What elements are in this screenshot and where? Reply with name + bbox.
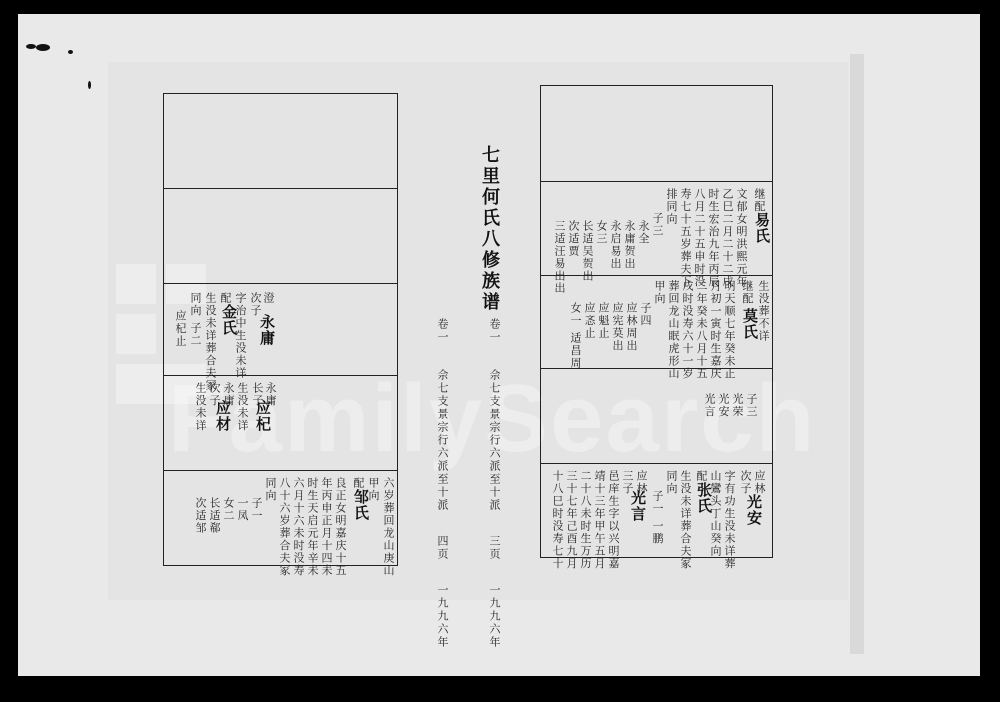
text-column: 甲向 [653,280,666,305]
text-column: 字有功生没未详葬 [723,470,736,570]
text-column: 出 [553,282,566,295]
spouse-name-zou: 邹氏 [354,489,367,521]
person-name-yingcai: 应材 [216,400,229,432]
text-column: 靖十三年甲午五月 [593,470,606,570]
text-column: 邑庠生字以兴明嘉 [607,470,620,570]
text-column: 同向 子二 [189,292,202,347]
left-genealogy-table: 澄 次子 永庸 字治中生没未详 配 金氏 生没未详葬合夫冢 同向 子二 应杞止 … [163,93,398,566]
text-column: 光安 [717,393,730,418]
text-column: 同向 [665,470,678,495]
text-column: 六岁葬回龙山庚山 [382,477,395,577]
ink-speck [88,81,91,89]
person-name-guangyan: 光言 [631,490,644,522]
text-column: 子一 一鹏 [651,490,664,545]
text-column: 三适汪易出 [553,220,566,283]
text-column: 应魁止 [597,302,610,340]
branch-label: 佘七支景宗行六派至十派 [436,369,449,512]
text-column: 生没未详 [194,382,207,432]
right-row-2: 继配 易氏 文郁女明洪熙元年 乙巳二月二十二戌 时生宏治九年丙辰 八月二十五申时… [541,182,772,276]
text-column: 次子 [739,470,752,495]
text-column: 乙巳二月二十二戌 [721,188,734,288]
text-column: 长适吴贺出 [581,220,594,283]
text-column: 月初一寅时生嘉庆 [709,280,722,380]
spine-left-column: 卷一 佘七支景宗行六派至十派 四页 一九九六年 [434,318,450,649]
text-column: 继配 [741,280,754,305]
text-column: 生没未详 [236,382,249,432]
text-column: 次适邹 [194,497,207,535]
ink-speck [26,44,36,49]
text-column: 明天顺七年癸未正 [723,280,736,380]
text-column: 光言 [703,393,716,418]
text-column: 葬回龙山眠虎形山 [667,280,680,380]
text-column: 生没未详葬合夫冢 [679,470,692,570]
paper-fold-shadow [850,54,864,654]
text-column: 六月十六未时没寿 [292,477,305,577]
text-column: 应忞止 [583,302,596,340]
right-row-1 [541,86,772,182]
person-name-yingqi: 应杞 [256,400,269,432]
spouse-name-yi: 易氏 [755,212,768,244]
text-column: 应林 [753,470,766,495]
text-column: 次适贾 [567,220,580,258]
text-column: 配 [695,470,708,483]
right-row-3: 生没葬不详 继配 莫氏 明天顺七年癸未正 月初一寅时生嘉庆 二年癸未八月十五 戌… [541,276,772,369]
volume-label: 卷一 [436,318,449,344]
page-number: 三页 [488,535,501,561]
text-column: 女三 [595,220,608,245]
person-name-yongyong: 永庸 [260,314,273,346]
text-column: 女二 [222,497,235,522]
year-label: 一九九六年 [436,584,449,649]
text-column: 永全 [637,220,650,245]
spouse-name-zhang: 张氏 [697,482,710,514]
text-column: 八十六岁葬合夫冢 [278,477,291,577]
ink-speck [68,50,73,54]
text-column: 子四 [639,302,652,327]
year-label: 一九九六年 [488,584,501,649]
right-row-5: 应林 次子 光安 字有功生没未详葬 山鸞头丁山癸向 配 张氏 生没未详葬合夫冢 … [541,464,772,559]
text-column: 子三 [651,212,664,237]
text-column: 长适郗 [208,497,221,535]
text-column: 三十七年己酉九月 [565,470,578,570]
spouse-name-mo: 莫氏 [743,308,756,340]
volume-label: 卷一 [488,318,501,344]
right-genealogy-table: 继配 易氏 文郁女明洪熙元年 乙巳二月二十二戌 时生宏治九年丙辰 八月二十五申时… [540,85,773,558]
text-column: 二年癸未八月十五 [695,280,708,380]
text-column: 时生宏治九年丙辰 [707,188,720,288]
genealogy-title: 七里何氏八修族谱 [476,145,502,313]
text-column: 女一 适昌周 [569,302,582,370]
text-column: 年丙申正月十四未 [320,477,333,577]
text-column: 配 [352,477,365,490]
text-column: 永庸贺出 [623,220,636,270]
text-column: 文郁女明洪熙元年 [735,188,748,288]
text-column: 十八巳时没寿七十 [551,470,564,570]
page-number: 四页 [436,535,449,561]
text-column: 排同向 [665,188,678,226]
text-column: 应杞止 [174,310,187,348]
text-column: 永启易出 [609,220,622,270]
text-column: 应林周出 [625,302,638,352]
right-row-4: 子三 光荣 光安 光言 [541,369,772,464]
text-column: 戌时没寿六十一岁 [681,280,694,380]
text-column: 子一 [250,497,263,522]
text-column: 澄 [262,292,275,305]
text-column: 八月二十五申时没 [693,188,706,288]
text-column: 时生天启元年辛未 [306,477,319,577]
left-row-2 [164,189,397,284]
text-column: 二十八未时生万历 [579,470,592,570]
person-name-guangan: 光安 [747,494,760,526]
text-column: 一凤 [236,497,249,522]
branch-label: 佘七支景宗行六派至十派 [488,369,501,512]
spine-right-column: 卷一 佘七支景宗行六派至十派 三页 一九九六年 [486,318,502,649]
text-column: 应宪莫出 [611,302,624,352]
text-column: 子三 [745,393,758,418]
left-row-5: 六岁葬回龙山庚山 甲向 配 邹氏 良正女明嘉庆十五 年丙申正月十四未 时生天启元… [164,471,397,564]
text-column: 光荣 [731,393,744,418]
left-row-4: 永庸 长子 应杞 生没未详 永庸 次子 应材 生没未详 [164,376,397,471]
left-row-3: 澄 次子 永庸 字治中生没未详 配 金氏 生没未详葬合夫冢 同向 子二 应杞止 [164,284,397,376]
ink-speck [36,44,50,51]
text-column: 配 [219,292,232,305]
spouse-name-jin: 金氏 [222,304,235,336]
text-column: 继配 [753,188,766,213]
text-column: 良正女明嘉庆十五 [334,477,347,577]
text-column: 同向 [264,477,277,502]
text-column: 寿七十五岁葬夫下 [679,188,692,288]
left-row-1 [164,94,397,189]
